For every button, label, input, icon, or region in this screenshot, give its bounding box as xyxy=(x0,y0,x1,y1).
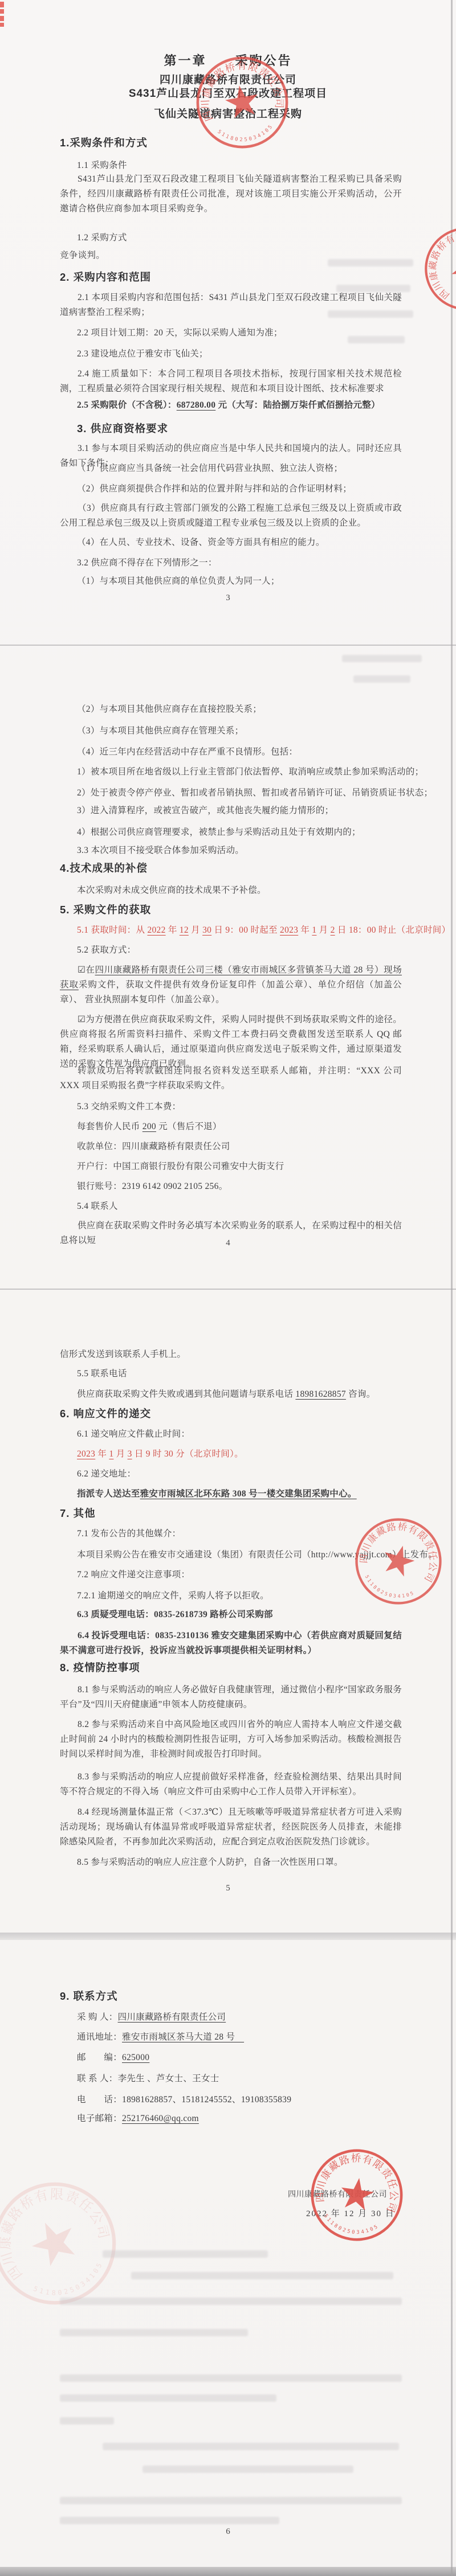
paragraph: （2）供应商须提供合作拌和站的位置并附与拌和站的合作证明材料； xyxy=(77,482,352,497)
bank-account: 银行账号：2319 6142 0902 2105 256。 xyxy=(77,1179,227,1194)
underlined-text: 3 xyxy=(128,1449,132,1459)
scan-red-edge-mark xyxy=(0,23,4,27)
contact-persons: 联 系 人：李先生 、芦女士、王女士 xyxy=(77,2072,219,2086)
seal-serial-number: 5118025034105 xyxy=(360,1573,416,1604)
paragraph: 本次采购对未成交供应商的技术成果不予补偿。 xyxy=(77,883,266,898)
seal-star-icon xyxy=(25,2213,82,2269)
section-heading-9: 9. 联系方式 xyxy=(60,1989,118,2004)
seal-company-text: 四川康藏路桥有限责任公司 xyxy=(312,2147,405,2214)
paragraph: （3）与本项目其他供应商存在管理关系； xyxy=(77,724,243,739)
page-separator-3 xyxy=(0,1933,456,1940)
text-run: 日 9：00 时起至 xyxy=(211,925,280,935)
paragraph: 8.5 参与采购活动的响应人应注意个人防护，自备一次性医用口罩。 xyxy=(77,1855,343,1870)
paragraph: 3）进入清算程序，或被宣告破产，或其他丧失履约能力情形的； xyxy=(77,803,333,818)
text-run: 月 xyxy=(316,925,330,935)
text-run: 日 9 时 30 分（北京时间）。 xyxy=(132,1449,243,1459)
page-separator-2 xyxy=(0,1289,456,1290)
submission-deadline: 2023 年 1 月 3 日 9 时 30 分（北京时间）。 xyxy=(77,1447,243,1462)
underlined-text: 四川康藏路桥有限责任公司 xyxy=(118,2012,226,2022)
obtain-time: 5.1 获取时间：从 2022 年 12 月 30 日 9：00 时起至 202… xyxy=(77,923,450,938)
paragraph: 1.1 采购条件 xyxy=(77,158,127,173)
page-number-3: 3 xyxy=(0,592,456,604)
paragraph: 5.5 联系电话 xyxy=(77,1367,127,1381)
scanned-procurement-document: 3 4 5 6 四川康藏路桥有限责任公司 2022 年 12 月 30 日 第一… xyxy=(0,0,456,2576)
page-number-5: 5 xyxy=(0,1882,456,1894)
page-number-6: 6 xyxy=(0,2526,456,2537)
underlined-text: 雅安市雨城区茶马大道 28 号 xyxy=(122,2032,244,2042)
obtain-method-onsite: ☑在四川康藏路桥有限责任公司三楼（雅安市雨城区多营镇茶马大道 28 号）现场获取… xyxy=(60,963,402,1007)
paragraph: 供应商在获取采购文件时务必填写本次采购业务的联系人，在采购过程中的相关信息将以短 xyxy=(60,1219,402,1248)
paragraph: 2.4 施工质量如下：本合同工程项目各项技术指标，按现行国家相关技术规范检测，工… xyxy=(60,367,402,396)
text-run: 年 xyxy=(298,925,312,935)
bleed-through-text-ghost xyxy=(60,2394,276,2402)
bleed-through-text-ghost xyxy=(328,259,413,266)
bleed-through-text-ghost xyxy=(142,2466,353,2473)
paragraph: 转款成功后将转款截图连同报名资料发送至联系人邮箱，并注明：“XXX 公司 XXX… xyxy=(60,1064,402,1093)
text-run: 咨询。 xyxy=(346,1389,376,1399)
underlined-text: 687280.00 xyxy=(177,400,216,410)
text-run: 邮 编： xyxy=(77,2053,122,2062)
paragraph: 2.3 建设地点位于雅安市飞仙关； xyxy=(77,347,208,362)
paragraph: 2.2 项目计划工期：20 天，实际以采购人通知为准； xyxy=(77,326,283,341)
scan-red-edge-mark xyxy=(0,9,4,14)
text-run: 每套售价人民币 xyxy=(77,1122,142,1131)
underlined-text: 252176460@qq.com xyxy=(122,2114,199,2123)
signature-company: 四川康藏路桥有限责任公司 xyxy=(288,2189,387,2201)
submission-address: 指派专人送达至雅安市雨城区北环东路 308 号一楼交建集团采购中心。 xyxy=(77,1487,357,1502)
chapter-title: 第一章 采购公告 xyxy=(0,52,456,69)
contact-postcode: 邮 编：625000 xyxy=(77,2050,149,2065)
text-run: 联 系 人： xyxy=(77,2074,118,2083)
paragraph: 6.1 递交响应文件截止时间： xyxy=(77,1427,190,1442)
scan-red-edge-mark xyxy=(0,16,4,21)
paragraph: 1.2 采购方式 xyxy=(77,231,127,245)
paragraph: 5.2 获取方式： xyxy=(77,943,136,958)
underlined-text: 18981628857 xyxy=(295,1389,346,1399)
underlined-text: 2023 xyxy=(280,925,298,935)
text-run: 年 xyxy=(95,1449,109,1459)
section-heading-2: 2. 采购内容和范围 xyxy=(60,270,151,285)
procurement-name: 飞仙关隧道病害整治工程采购 xyxy=(0,107,456,122)
underlined-text: 雅安市雨城区北环东路 308 号一楼交建集团采购中心。 xyxy=(140,1489,357,1499)
paragraph: 信形式发送到该联系人手机上。 xyxy=(60,1347,186,1362)
contact-phones: 电 话：18981628857、15181245552、19108355839 xyxy=(77,2093,291,2107)
bleed-through-text-ghost xyxy=(60,2374,402,2382)
paragraph: 5.4 联系人 xyxy=(77,1199,118,1214)
scan-red-edge-mark xyxy=(0,2,4,7)
scan-bottom-shadow xyxy=(0,2567,456,2576)
section-heading-7: 7. 其他 xyxy=(60,1506,96,1521)
bleed-through-text-ghost xyxy=(336,285,410,292)
text-run: 电 话： xyxy=(77,2095,122,2105)
text-run: 采购文件，获取文件提供有效身份证复印件（加盖公章）、单位介绍信（加盖公章）、 营… xyxy=(60,980,402,1004)
text-run: ☑在 xyxy=(78,965,95,975)
underlined-text: 625000 xyxy=(122,2053,149,2062)
paragraph: 7.2 响应文件递交注意事项： xyxy=(77,1568,190,1582)
announcement-website: 本项目采购公告在雅安市交通建设（集团）有限责任公司（http://www.yaj… xyxy=(77,1548,437,1562)
page-separator-1 xyxy=(0,645,456,646)
section-heading-8: 8. 疫情防控事项 xyxy=(60,1660,140,1675)
contact-purchaser: 采 购 人：四川康藏路桥有限责任公司 xyxy=(77,2010,226,2025)
obtain-method-remote: ☑为方便潜在供应商获取采购文件，采购人同时提供不到场获取采购文件的途径。供应商将… xyxy=(60,1012,402,1072)
underlined-text: 2022 xyxy=(147,925,165,935)
seal-company-text: 四川康藏路桥有限责任公司 xyxy=(412,215,456,302)
bleed-through-text-ghost xyxy=(60,2517,279,2524)
bleed-through-text-ghost xyxy=(103,2443,399,2450)
paragraph: 7.1 发布公告的其他媒介： xyxy=(77,1527,181,1541)
paragraph: 7.2.1 逾期递交的响应文件，采购人将予以拒收。 xyxy=(77,1589,269,1603)
paragraph: （2）与本项目其他供应商存在直接控股关系； xyxy=(77,702,262,717)
text-run: 月 xyxy=(113,1449,127,1459)
bleed-through-text-ghost xyxy=(60,2417,114,2425)
bleed-through-text-ghost xyxy=(131,2272,393,2279)
paragraph: （4）在人员、专业技术、设备、资金等方面具有相应的能力。 xyxy=(77,535,325,550)
bleed-through-text-ghost xyxy=(103,2250,268,2258)
signature-date: 2022 年 12 月 30 日 xyxy=(306,2208,395,2220)
section-heading-1: 1.采购条件和方式 xyxy=(60,136,148,150)
paragraph: 2）处于被责令停产停业、暂扣或者吊销执照、暂扣或者吊销许可证、吊销资质证书状态； xyxy=(77,786,433,801)
bleed-through-text-ghost xyxy=(348,336,405,343)
text-run: 年 xyxy=(166,925,180,935)
bleed-through-text-ghost xyxy=(353,675,410,683)
section-heading-4: 4.技术成果的补偿 xyxy=(60,861,148,876)
paragraph: 3.2 供应商不得存在下列情形之一： xyxy=(77,556,217,571)
text-run: 18981628857、15181245552、19108355839 xyxy=(122,2095,291,2105)
underlined-text: 12 xyxy=(180,925,189,935)
contact-email: 电子邮箱：252176460@qq.com xyxy=(77,2111,199,2126)
underlined-text: 2 xyxy=(331,925,335,935)
seal-ring xyxy=(410,212,456,325)
text-run: 采 购 人： xyxy=(77,2012,118,2022)
text-run: 李先生 、芦女士、王女士 xyxy=(118,2074,219,2083)
text-run: 月 xyxy=(189,925,202,935)
bleed-through-text-ghost xyxy=(328,310,413,318)
paragraph: 1）被本项目所在地省级以上行业主管部门依法暂停、取消响应或禁止参加采购活动的； xyxy=(77,765,424,780)
scan-right-edge-shadow xyxy=(451,0,453,2576)
text-run: 通讯地址： xyxy=(77,2032,122,2042)
bleed-through-text-ghost xyxy=(60,2329,248,2336)
underlined-text: 200 xyxy=(142,1122,156,1131)
text-run: 电子邮箱： xyxy=(77,2114,122,2123)
paragraph: 6.2 递交地址： xyxy=(77,1467,136,1482)
text-run: 元（售后不退） xyxy=(156,1122,222,1131)
text-run: 供应商获取采购文件失败或遇到其他问题请与联系电话 xyxy=(77,1389,295,1399)
paragraph: S431芦山县龙门至双石段改建工程项目飞仙关隧道病害整治工程采购已具备采购条件，… xyxy=(60,172,402,216)
text-run: 2.5 采购限价（不含税）： xyxy=(77,400,177,410)
text-run: 5.1 获取时间：从 xyxy=(77,925,147,935)
section-heading-3: 3. 供应商资格要求 xyxy=(77,421,168,436)
complaint-phone: 6.4 投诉受理电话：0835-2310136 雅安交建集团采购中心（若供应商对… xyxy=(60,1629,402,1658)
payee: 收款单位：四川康藏路桥有限责任公司 xyxy=(77,1139,230,1154)
inquiry-phone: 6.3 质疑受理电话：0835-2618739 路桥公司采购部 xyxy=(77,1607,273,1622)
text-run: 元（大写：陆拾捌万柒仟贰佰捌拾元整） xyxy=(215,400,380,410)
seal-serial-number: 5118025034105 xyxy=(215,120,275,147)
bleed-through-text-ghost xyxy=(60,2497,402,2504)
paragraph: 竞争谈判。 xyxy=(60,248,105,263)
paragraph: 5.3 交纳采购文件工本费： xyxy=(77,1100,181,1114)
underlined-text: 2023 xyxy=(77,1449,95,1459)
bleed-through-text-ghost xyxy=(342,655,422,662)
project-name: S431芦山县龙门至双石段改建工程项目 xyxy=(0,87,456,101)
paragraph: 8.2 参与采购活动来自中高风险地区或四川省外的响应人需持本人响应文件递交截止时… xyxy=(60,1717,402,1762)
contact-address: 通讯地址：雅安市雨城区茶马大道 28 号 xyxy=(77,2030,244,2045)
underlined-text: 30 xyxy=(202,925,211,935)
paragraph: （3）供应商具有行政主管部门颁发的公路工程施工总承包三级及以上资质或市政公用工程… xyxy=(60,501,402,531)
price-limit: 2.5 采购限价（不含税）：687280.00 元（大写：陆拾捌万柒仟贰佰捌拾元… xyxy=(77,398,380,413)
paragraph: （1）供应商应当具备统一社会信用代码营业执照、独立法人资格； xyxy=(77,461,343,476)
seal-company-text: 四川康藏路桥有限责任公司 xyxy=(0,2168,114,2284)
paragraph: 8.3 参与采购活动的响应人应提前做好采样准备，经查验检测结果、结果出具时间等不… xyxy=(60,1770,402,1799)
contact-phone-line: 供应商获取采购文件失败或遇到其他问题请与联系电话 18981628857 咨询。 xyxy=(77,1387,376,1402)
paragraph: 8.4 经现场测量体温正常（＜37.3℃）且无咳嗽等呼吸道异常症状者方可进入采购… xyxy=(60,1805,402,1849)
paragraph: 4）根据公司供应商管理要求，被禁止参与采购活动且处于有效期内的； xyxy=(77,825,361,840)
document-fee: 每套售价人民币 200 元（售后不退） xyxy=(77,1119,222,1134)
purchaser-name: 四川康藏路桥有限责任公司 xyxy=(0,73,456,88)
section-heading-6: 6. 响应文件的递交 xyxy=(60,1406,151,1421)
paragraph: 3.3 本次项目不接受联合体参加采购活动。 xyxy=(77,843,244,858)
section-heading-5: 5. 采购文件的获取 xyxy=(60,903,151,917)
paragraph: （4）近三年内在经营活动中存在严重不良情形。包括： xyxy=(77,745,298,760)
text-run: 指派专人送达至 xyxy=(77,1489,140,1499)
paragraph: 8.1 参与采购活动的响应人务必做好自我健康管理，通过微信小程序“国家政务服务平… xyxy=(60,1683,402,1712)
bleed-through-text-ghost xyxy=(60,2298,402,2305)
text-run: 日 18：00 时止（北京时间） xyxy=(335,925,451,935)
bank: 开户行：中国工商银行股份有限公司雅安中大街支行 xyxy=(77,1159,284,1174)
paragraph: （1）与本项目其他供应商的单位负责人为同一人； xyxy=(77,574,280,589)
